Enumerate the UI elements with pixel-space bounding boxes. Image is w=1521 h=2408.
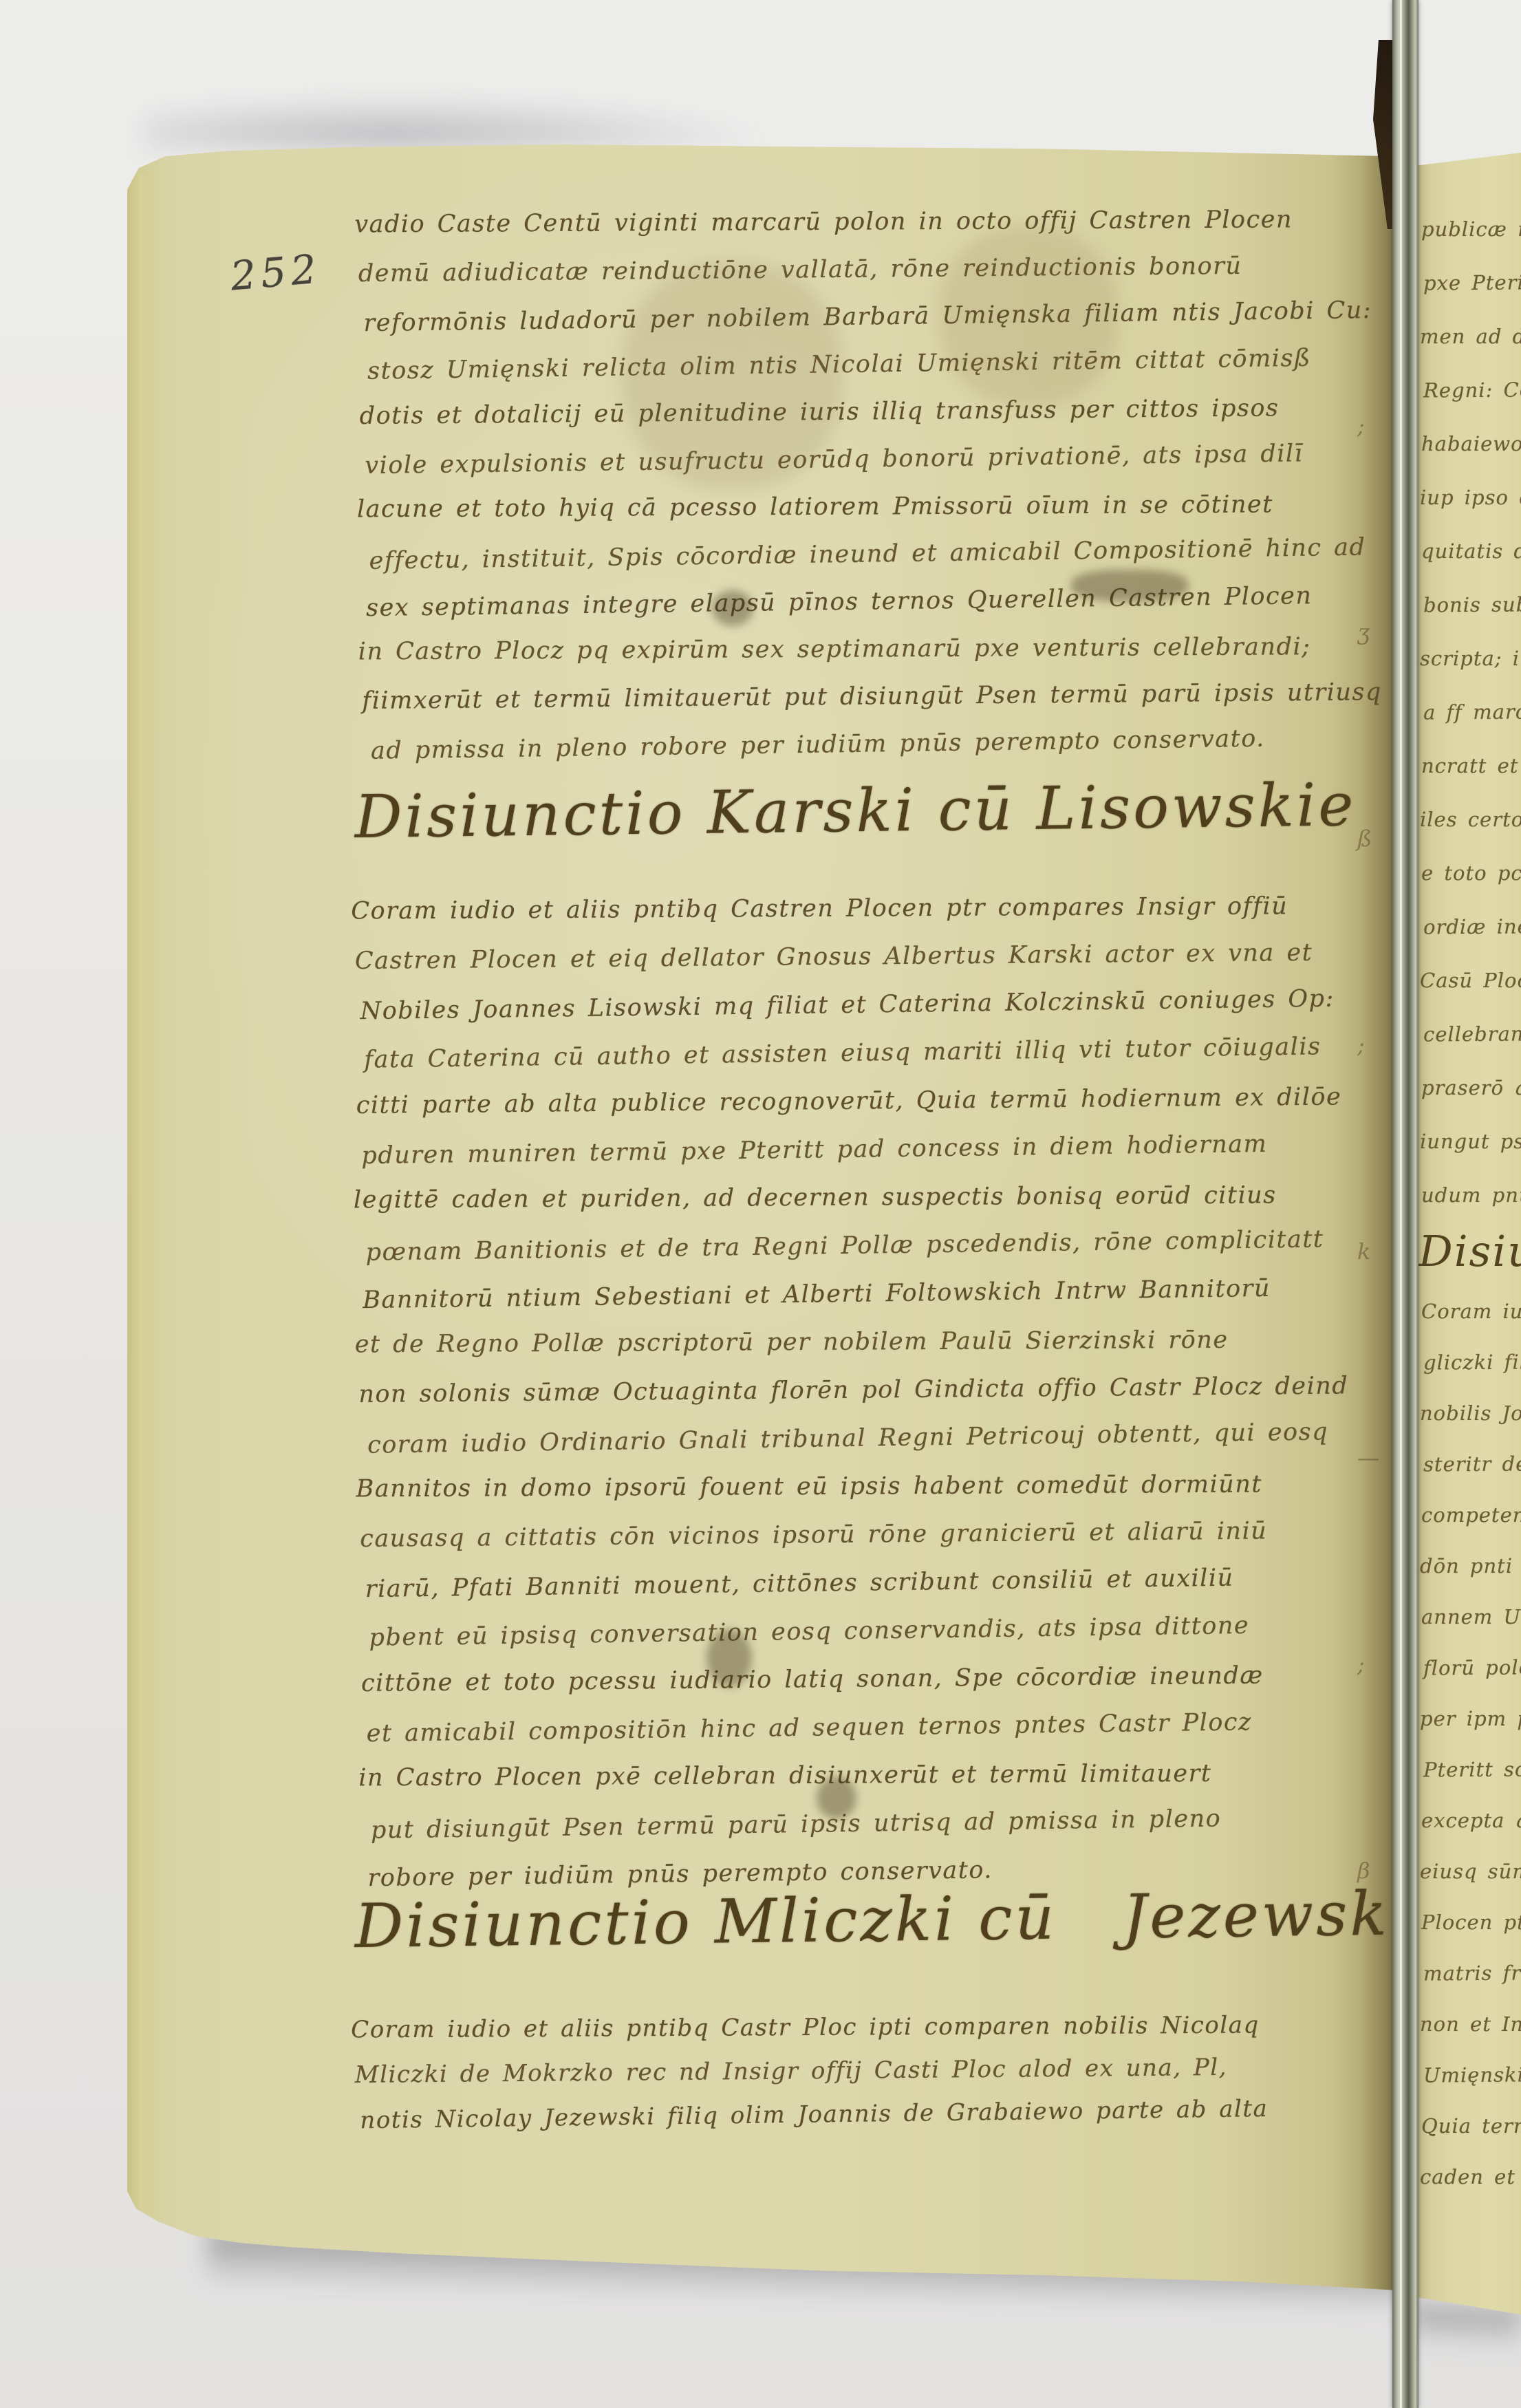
ink-smudge-crossed-word	[1071, 570, 1188, 601]
manuscript-line: excepta quieta	[1421, 1795, 1521, 1846]
manuscript-line: Plocen ptr C	[1421, 1897, 1521, 1948]
manuscript-scan: 252 vadio Caste Centū viginti marcarū po…	[0, 0, 1521, 2408]
manuscript-line: Quia termū h	[1421, 2100, 1521, 2151]
manuscript-line: competen rec	[1421, 1490, 1521, 1540]
manuscript-line: praserō quem i	[1421, 1061, 1521, 1115]
page-curl-shadow	[144, 95, 764, 149]
manuscript-line: Coram iudio et aliis pntibq Castr Ploc i…	[351, 2003, 1383, 2052]
manuscript-line: dōn pnti ad	[1420, 1540, 1520, 1591]
paragraph-mliczki-jezewski: Coram iudio et aliis pntibq Castr Ploc i…	[354, 2001, 1388, 2140]
manuscript-line: caden et pur	[1420, 2151, 1520, 2202]
ink-blot	[817, 1776, 856, 1819]
facing-page-lines-lower: Coram iudiō etgliczki filiqnobilis Jophs…	[1416, 1286, 1521, 2202]
book-cradle-clamp-bar	[1392, 0, 1418, 2408]
page-number: 252	[228, 245, 323, 299]
manuscript-line: vadio Caste Centū viginti marcarū polon …	[354, 196, 1372, 249]
manuscript-line: bonis sub fil	[1423, 577, 1521, 632]
manuscript-line: iles certos ofa	[1420, 793, 1520, 846]
gutter-fragment: ;	[1357, 413, 1385, 619]
facing-page-heading-fragment: Disiunc	[1418, 1226, 1521, 1276]
gutter-fragment: k	[1357, 1238, 1385, 1445]
manuscript-line: in Castro Plocz pq expirūm sex septimana…	[358, 623, 1377, 676]
manuscript-line: Regni: Collā	[1423, 363, 1521, 417]
manuscript-line: scripta; in ea	[1420, 632, 1520, 685]
manuscript-line: publicæ recor	[1421, 202, 1521, 256]
manuscript-line: nobilis Joph	[1420, 1388, 1520, 1439]
section-heading-mliczki-jezewski: Disiunctio Mliczki cū Jezewski	[354, 1878, 1412, 1961]
section-heading-karski-lisowskie: Disiunctio Karski cū Lisowskie	[354, 771, 1357, 852]
manuscript-line: Bannitos in domo ipsorū fouent eū ipsis …	[356, 1460, 1374, 1514]
manuscript-line: florū poloni	[1423, 1642, 1521, 1693]
manuscript-line: ordiæ ineunū	[1423, 899, 1521, 954]
manuscript-line: gliczki filiq	[1423, 1336, 1521, 1388]
manuscript-page-left: 252 vadio Caste Centū viginti marcarū po…	[127, 144, 1395, 2294]
manuscript-line: matris frate	[1423, 1947, 1521, 1999]
manuscript-line: annem Umię	[1421, 1591, 1521, 1642]
manuscript-line: men ad decern	[1420, 310, 1520, 363]
manuscript-line: Coram iudiō et	[1421, 1286, 1521, 1337]
ink-blot	[712, 590, 753, 626]
gutter-fragment: ß	[1357, 826, 1385, 1032]
manuscript-line: steritr de h	[1423, 1438, 1521, 1490]
manuscript-line: iungut psen t	[1420, 1115, 1520, 1168]
facing-page-edge: publicæ recorpxe Pteritt inmen ad decern…	[1416, 153, 1521, 2314]
manuscript-line: eiusq sūma Ba	[1420, 1846, 1520, 1897]
page-fore-edge	[127, 175, 158, 2235]
manuscript-line: et de Regno Pollæ pscriptorū per nobilem…	[355, 1315, 1373, 1369]
manuscript-line: non et Insig	[1420, 1999, 1520, 2050]
ink-bleed-through	[623, 261, 843, 488]
manuscript-line: Pteritt soror	[1423, 1743, 1521, 1795]
gutter-fragment: ;	[1357, 1032, 1385, 1238]
manuscript-line: cellebran (8ē	[1423, 1007, 1521, 1061]
manuscript-line: per ipm pos	[1420, 1693, 1520, 1744]
manuscript-line: a ff marc	[1423, 685, 1521, 739]
facing-page-lines-upper: publicæ recorpxe Pteritt inmen ad decern…	[1416, 202, 1521, 1222]
manuscript-line: Casū Plocq in	[1420, 954, 1520, 1007]
gutter-fragment: ;	[1357, 1651, 1385, 1858]
manuscript-line: ncratt et obt	[1421, 739, 1521, 793]
gutter-fragment: —	[1357, 1445, 1385, 1651]
manuscript-line: habaiewo et	[1421, 417, 1521, 471]
manuscript-line: udum pnū	[1421, 1168, 1521, 1222]
paragraph-vadium: vadio Caste Centū viginti marcarū polon …	[358, 194, 1381, 773]
manuscript-line: quitatis doll	[1421, 524, 1521, 578]
gutter-fragment: β	[1357, 1858, 1385, 2064]
manuscript-line: Umięnski fili	[1423, 2049, 1521, 2100]
gutter-text-fragments: ;ʒß;k—;β	[1357, 413, 1385, 2064]
manuscript-line: pxe Pteritt in	[1423, 255, 1521, 310]
manuscript-line: iup ipso ex	[1420, 471, 1520, 524]
gutter-fragment: ʒ	[1357, 619, 1385, 826]
manuscript-line: e toto pcessu	[1421, 846, 1521, 900]
paragraph-karski-lisowskie: Coram iudio et aliis pntibq Castren Ploc…	[354, 880, 1381, 1900]
ink-bleed-through	[939, 227, 1118, 406]
ink-blot	[706, 1629, 752, 1687]
manuscript-line: Coram iudio et aliis pntibq Castren Ploc…	[351, 882, 1369, 936]
